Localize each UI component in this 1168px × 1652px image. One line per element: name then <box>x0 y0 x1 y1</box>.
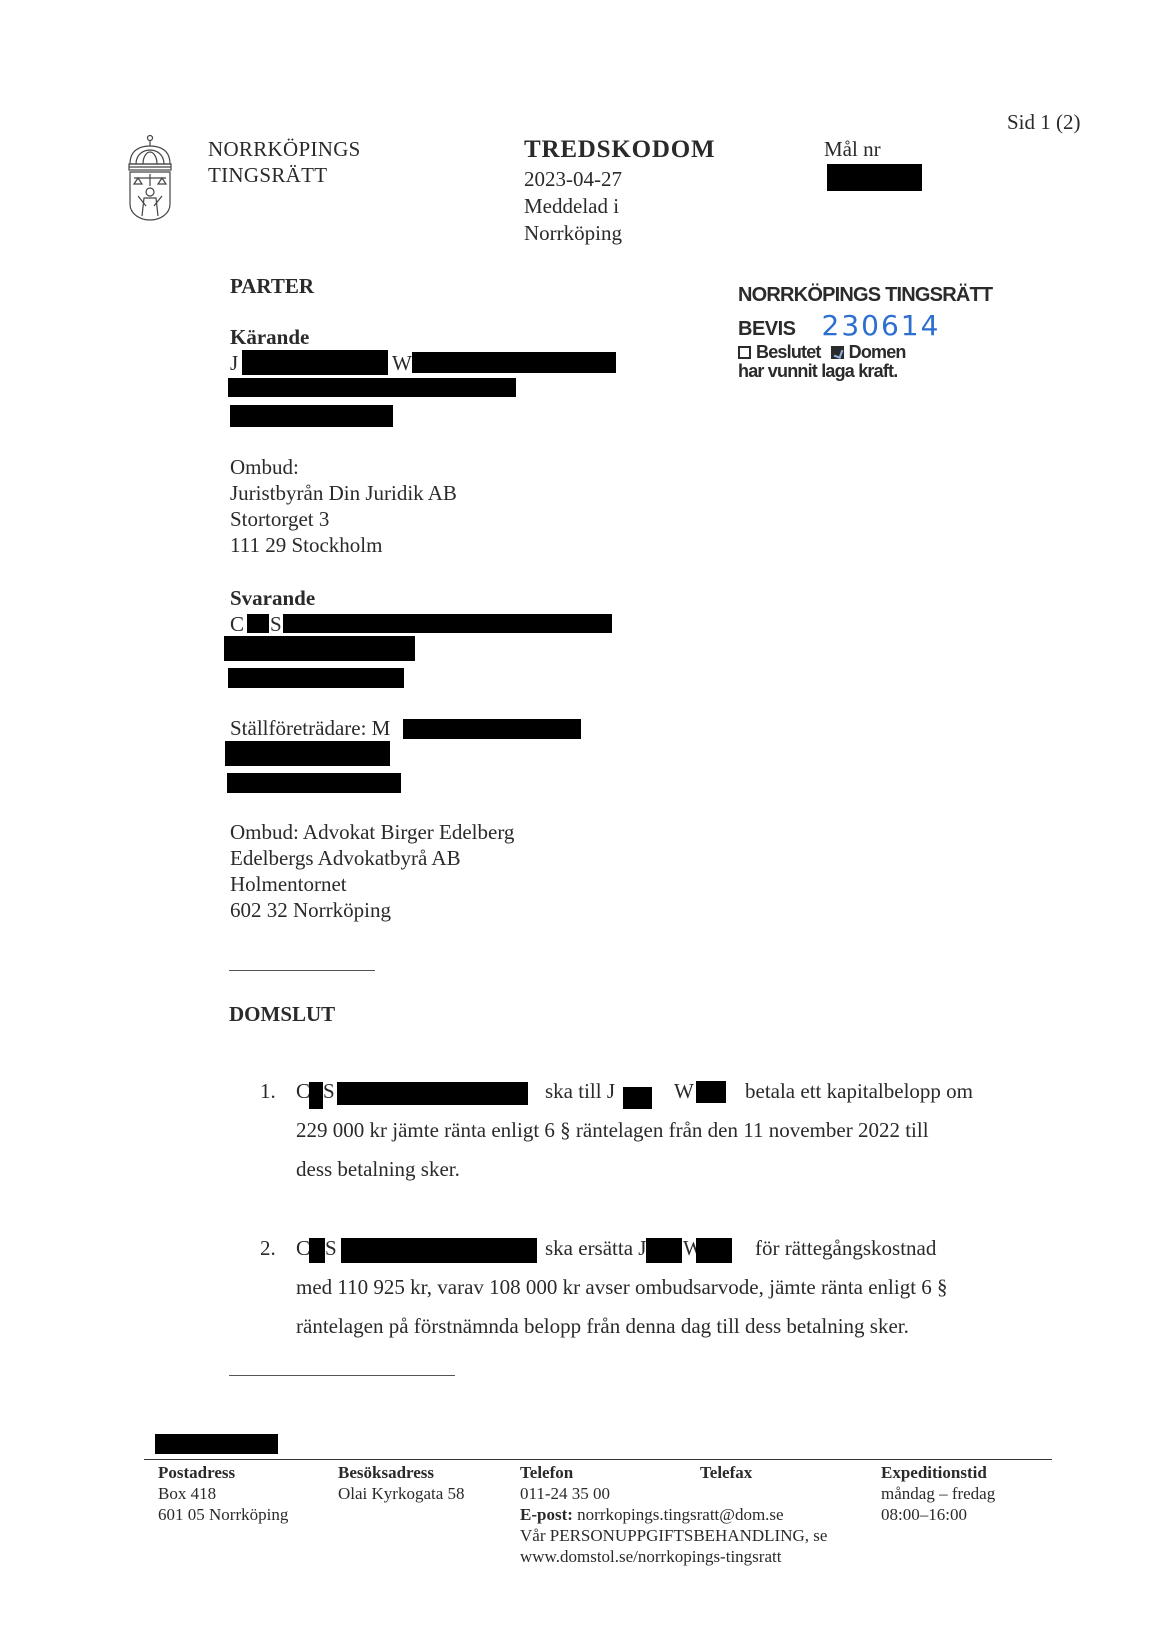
parter-heading: PARTER <box>230 273 314 299</box>
svarande-initial-2: S <box>270 611 282 637</box>
redacted-stallforetradare-postal <box>227 773 401 793</box>
footer-expeditionstid: Expeditionstid måndag – fredag 08:00–16:… <box>881 1462 995 1525</box>
item-text: ska till J <box>545 1072 615 1111</box>
checkbox-beslutet-icon <box>738 346 751 359</box>
party-initial: S <box>323 1072 335 1111</box>
postadress-line1: Box 418 <box>158 1483 288 1504</box>
checkbox-domen-checked-icon <box>831 346 844 359</box>
redacted-karande-first-name <box>242 350 388 375</box>
redacted-name <box>646 1238 682 1263</box>
redacted-name <box>623 1087 652 1109</box>
svarande-initial-1: C <box>230 611 244 637</box>
stamp-legal-force-text: har vunnit laga kraft. <box>738 361 992 382</box>
redacted-karande-address <box>228 378 516 397</box>
footer-telefax: Telefax <box>700 1462 752 1483</box>
redacted-name <box>696 1081 726 1103</box>
item-line-3: dess betalning sker. <box>296 1150 976 1189</box>
website-link[interactable]: www.domstol.se/norrkopings-tingsratt <box>520 1546 827 1567</box>
expeditionstid-days: måndag – fredag <box>881 1483 995 1504</box>
party-initial: C <box>296 1072 310 1111</box>
redacted-name <box>696 1238 732 1263</box>
item-line-2: 229 000 kr jämte ränta enligt 6 § räntel… <box>296 1111 976 1150</box>
postadress-heading: Postadress <box>158 1462 288 1483</box>
redacted-karande-postal <box>230 405 393 427</box>
telefon-number: 011-24 35 00 <box>520 1483 827 1504</box>
document-type: TREDSKODOM <box>524 136 715 164</box>
domslut-heading: DOMSLUT <box>229 1001 335 1027</box>
telefon-heading: Telefon <box>520 1462 827 1483</box>
item-line-2: med 110 925 kr, varav 108 000 kr avser o… <box>296 1268 976 1307</box>
svarande-ombud-line3: Holmentornet <box>230 871 514 897</box>
karande-ombud-label: Ombud: <box>230 454 457 480</box>
party-initial: C <box>296 1229 310 1268</box>
item-number: 1. <box>260 1072 276 1111</box>
item-line-1: C S ska ersätta J W för rättegångskostna… <box>296 1229 976 1268</box>
party-initial: W <box>674 1072 694 1111</box>
redacted-svarande-first <box>247 614 269 633</box>
page-indicator: Sid 1 (2) <box>1007 110 1081 135</box>
coat-of-arms-icon <box>124 134 176 222</box>
stamp-bevis-row: BEVIS 230614 <box>738 309 992 342</box>
karande-ombud-firm: Juristbyrån Din Juridik AB <box>230 480 457 506</box>
item-body: C S ska ersätta J W för rättegångskostna… <box>296 1229 976 1346</box>
stamp-court-name: NORRKÖPINGS TINGSRÄTT <box>738 284 992 307</box>
issued-line2: Norrköping <box>524 220 622 247</box>
redacted-svarande-postal <box>228 668 404 688</box>
document-date: 2023-04-27 <box>524 166 622 193</box>
expeditionstid-hours: 08:00–16:00 <box>881 1504 995 1525</box>
expeditionstid-heading: Expeditionstid <box>881 1462 995 1483</box>
svarande-heading: Svarande <box>230 585 315 611</box>
stamp-bevis-label: BEVIS <box>738 318 796 341</box>
stallforetradare-label: Ställföreträdare: M <box>230 715 390 741</box>
svarande-ombud-line1: Ombud: Advokat Birger Edelberg <box>230 819 514 845</box>
party-initial: S <box>325 1229 337 1268</box>
item-number: 2. <box>260 1229 276 1268</box>
redacted-svarande-last <box>283 614 612 633</box>
court-name-line1: NORRKÖPINGS <box>208 136 361 162</box>
karande-ombud: Ombud: Juristbyrån Din Juridik AB Storto… <box>230 454 457 558</box>
redacted-case-number <box>827 164 922 191</box>
karande-heading: Kärande <box>230 324 309 350</box>
legal-force-stamp: NORRKÖPINGS TINGSRÄTT BEVIS 230614 Beslu… <box>738 284 992 382</box>
item-line-3: räntelagen på förstnämnda belopp från de… <box>296 1307 976 1346</box>
besoksadress-line1: Olai Kyrkogata 58 <box>338 1483 465 1504</box>
epost-row: E-post: norrkopings.tingsratt@dom.se <box>520 1504 827 1525</box>
karande-initial-1: J <box>230 350 238 376</box>
footer-telefon: Telefon 011-24 35 00 E-post: norrkopings… <box>520 1462 827 1567</box>
besoksadress-heading: Besöksadress <box>338 1462 465 1483</box>
redacted-name <box>341 1238 537 1263</box>
item-line-1: C S ska till J W betala ett kapitalbelop… <box>296 1072 976 1111</box>
item-text: ska ersätta J <box>545 1229 646 1268</box>
document-meta: 2023-04-27 Meddelad i Norrköping <box>524 166 622 247</box>
svarande-ombud: Ombud: Advokat Birger Edelberg Edelbergs… <box>230 819 514 923</box>
karande-ombud-street: Stortorget 3 <box>230 506 457 532</box>
issued-line1: Meddelad i <box>524 193 622 220</box>
item-text: betala ett kapitalbelopp om <box>745 1072 973 1111</box>
svarande-ombud-line4: 602 32 Norrköping <box>230 897 514 923</box>
end-divider <box>229 1375 455 1376</box>
redacted-stallforetradare-address <box>225 741 390 766</box>
stamp-option-beslutet: Beslutet <box>756 342 821 363</box>
item-text: för rättegångskostnad <box>755 1229 936 1268</box>
redacted-name <box>337 1082 528 1105</box>
stamp-handwritten-date: 230614 <box>822 309 941 342</box>
stamp-option-domen: Domen <box>849 342 906 363</box>
redacted-karande-last-name <box>412 352 616 373</box>
personuppgift-text: Vår PERSONUPPGIFTSBEHANDLING, se <box>520 1525 827 1546</box>
footer-divider <box>144 1459 1052 1460</box>
court-name-line2: TINGSRÄTT <box>208 162 361 188</box>
redacted-name <box>309 1082 323 1109</box>
postadress-line2: 601 05 Norrköping <box>158 1504 288 1525</box>
karande-ombud-city: 111 29 Stockholm <box>230 532 457 558</box>
footer-besoksadress: Besöksadress Olai Kyrkogata 58 <box>338 1462 465 1504</box>
epost-link[interactable]: norrkopings.tingsratt@dom.se <box>577 1505 783 1524</box>
redacted-stallforetradare-name <box>403 719 581 739</box>
epost-label: E-post: <box>520 1505 573 1524</box>
telefax-heading: Telefax <box>700 1462 752 1483</box>
redacted-document-id <box>155 1434 278 1454</box>
item-body: C S ska till J W betala ett kapitalbelop… <box>296 1072 976 1189</box>
redacted-name <box>309 1238 325 1263</box>
section-divider <box>229 970 375 971</box>
court-name: NORRKÖPINGS TINGSRÄTT <box>208 136 361 188</box>
svarande-ombud-line2: Edelbergs Advokatbyrå AB <box>230 845 514 871</box>
karande-initial-2: W <box>392 350 412 376</box>
redacted-svarande-address <box>224 636 415 661</box>
footer-postadress: Postadress Box 418 601 05 Norrköping <box>158 1462 288 1525</box>
stamp-options-row: Beslutet Domen <box>738 342 992 363</box>
case-number-label: Mål nr <box>824 136 881 162</box>
